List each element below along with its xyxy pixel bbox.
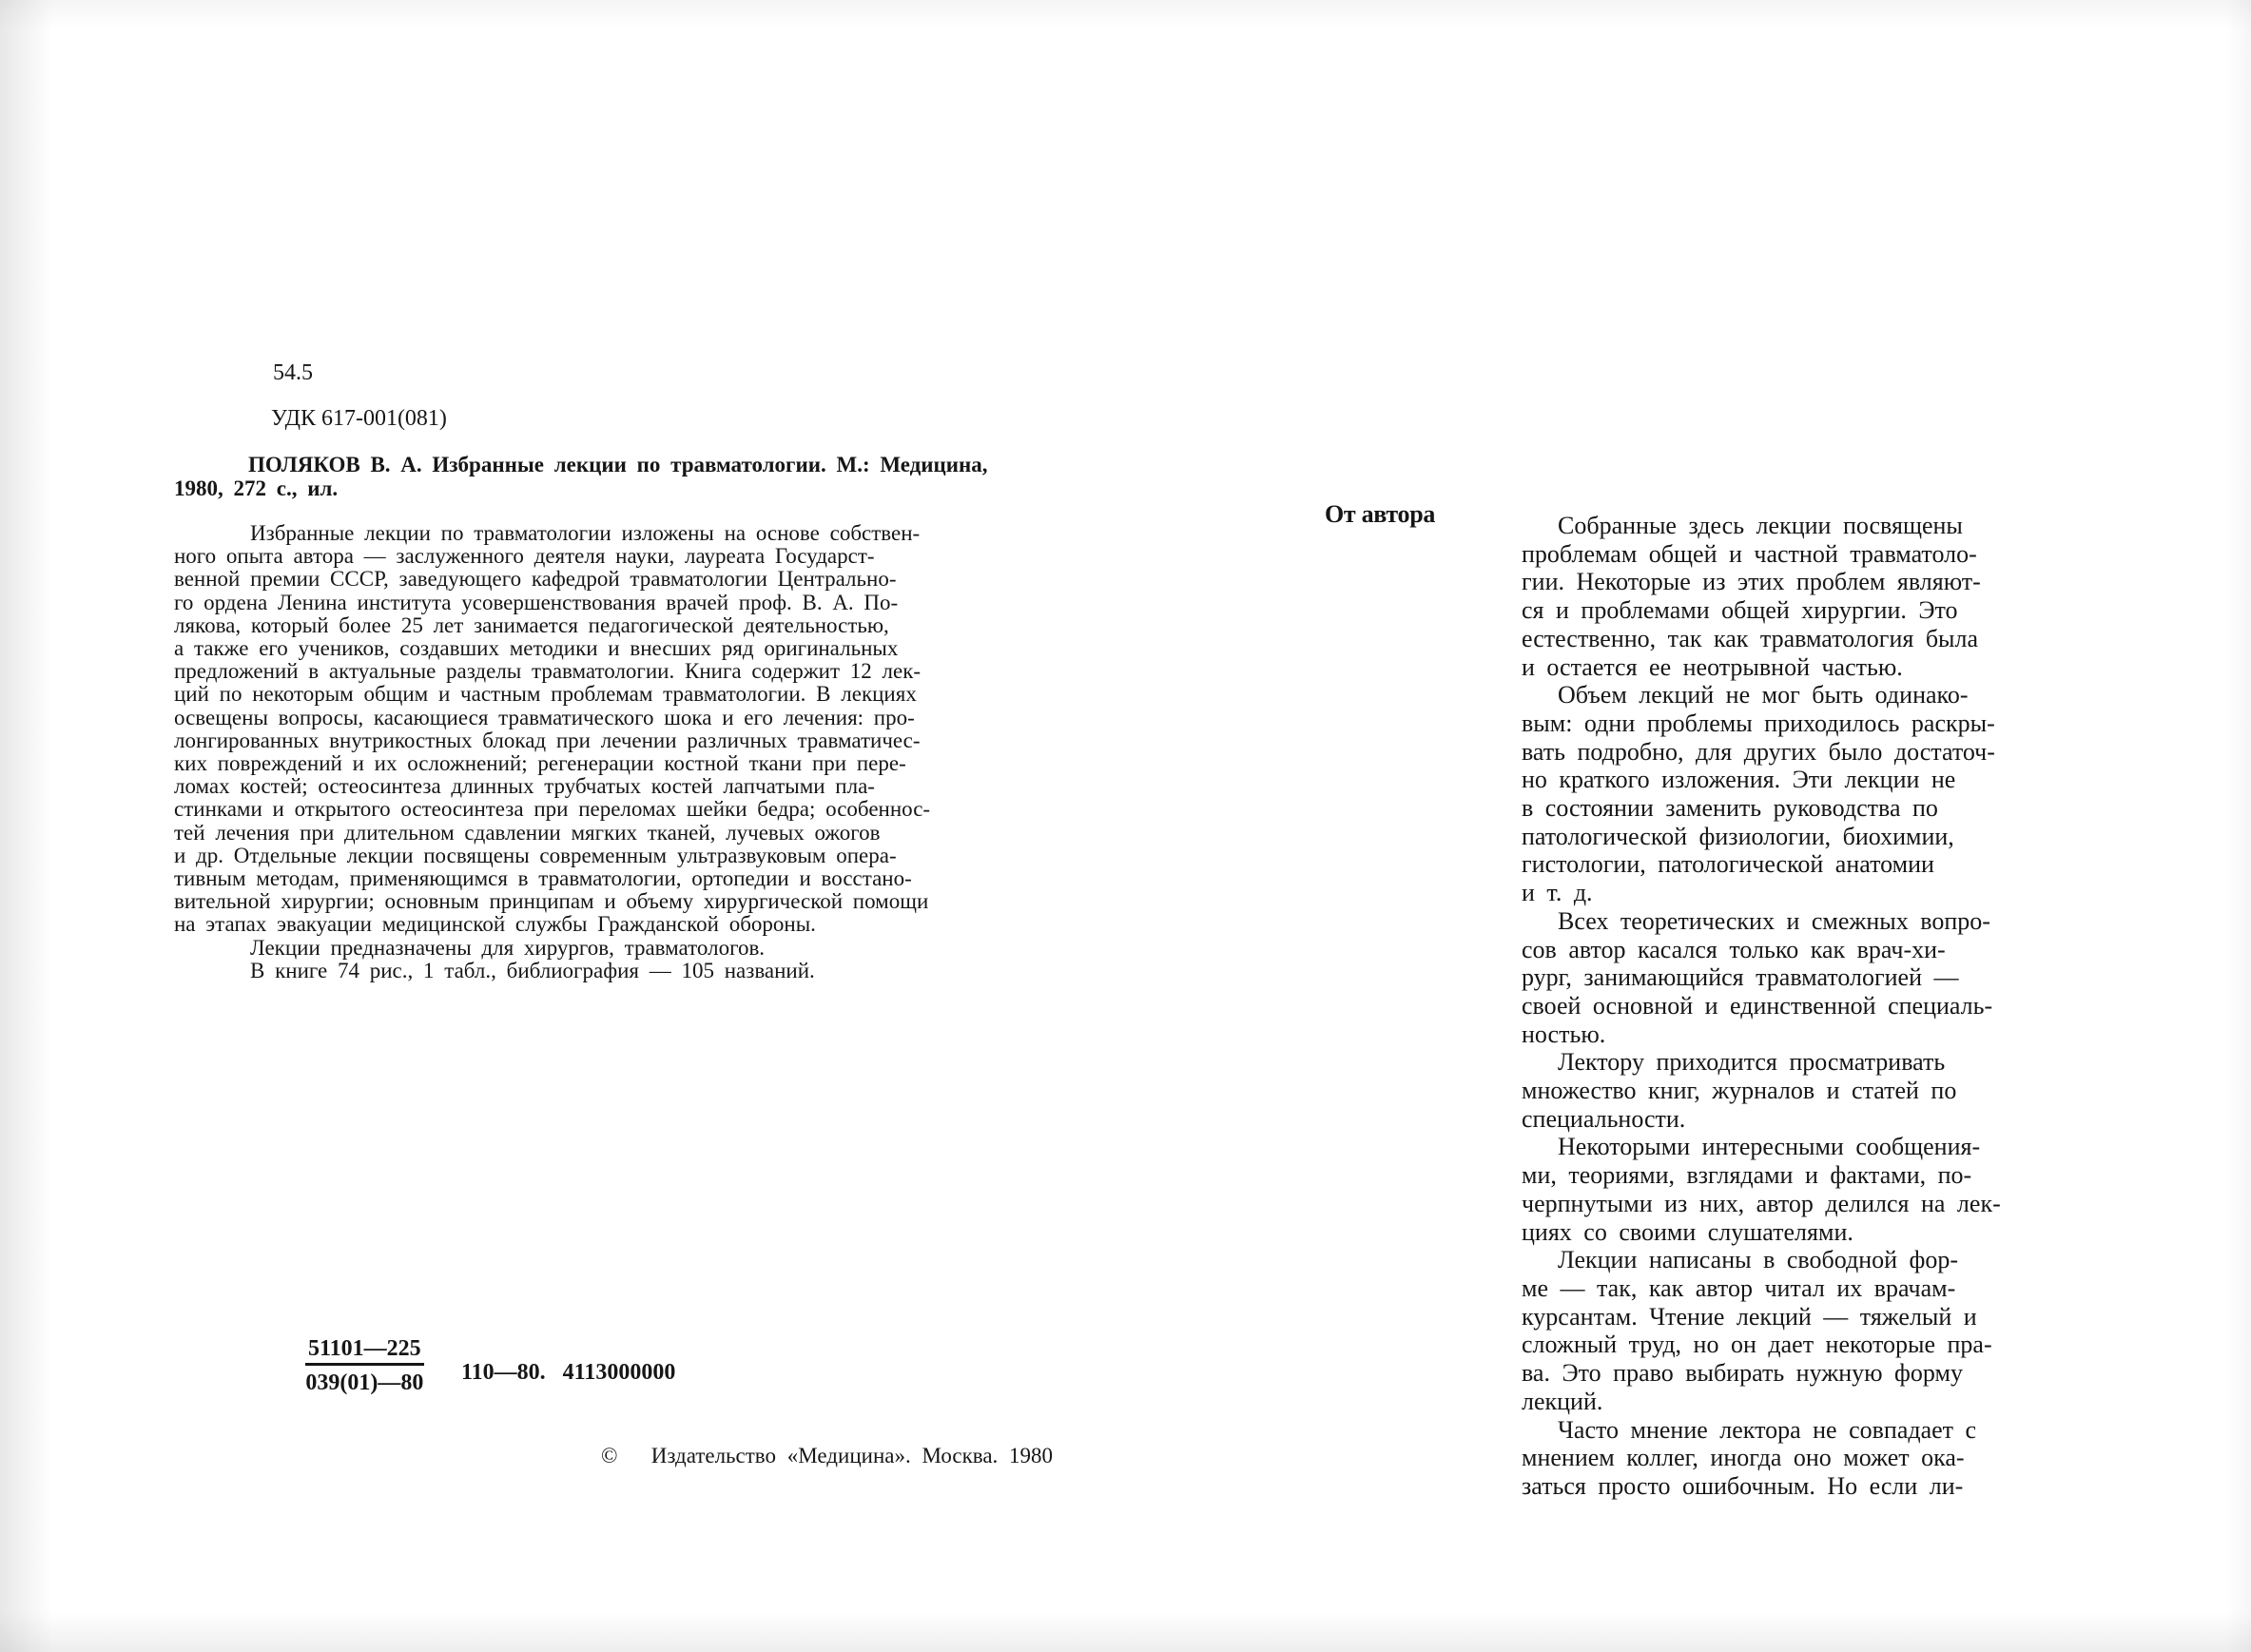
foreword-paragraph: Собранные здесь лекции посвящены проблем… (1522, 512, 2092, 681)
foreword-text-column: Собранные здесь лекции посвящены проблем… (1522, 512, 2092, 1501)
readership-note: Лекции предназначены для хирургов, травм… (174, 937, 1111, 960)
foreword-heading: От автора (1325, 500, 1435, 529)
foreword-paragraph: Всех теоретических и смежных вопро- сов … (1522, 907, 2092, 1049)
book-order-index: 51101—225 039(01)—80 (305, 1335, 424, 1396)
foreword-paragraph: Объем лекций не мог быть одинако- вым: о… (1522, 681, 2092, 907)
book-spread-scan: 54.5 УДК 617-001(081) ПОЛЯКОВ В. А. Избр… (0, 0, 2251, 1652)
udc-classification-index: УДК 617-001(081) (271, 406, 447, 431)
order-index-denominator: 039(01)—80 (305, 1366, 423, 1396)
print-code: 110—80. 4113000000 (461, 1360, 675, 1385)
foreword-paragraph: Лектору приходится просматривать множест… (1522, 1048, 2092, 1133)
foreword-paragraph: Лекции написаны в свободной фор- ме — та… (1522, 1246, 2092, 1415)
foreword-paragraph: Некоторыми интересными сообщения- ми, те… (1522, 1133, 2092, 1246)
bbk-classification-index: 54.5 (273, 360, 313, 385)
copyright-line: © Издательство «Медицина». Москва. 1980 (601, 1444, 1053, 1468)
foreword-paragraph: Часто мнение лектора не совпадает с мнен… (1522, 1416, 2092, 1501)
order-index-numerator: 51101—225 (305, 1335, 424, 1366)
annotation-block: Избранные лекции по травматологии изложе… (174, 522, 1111, 982)
annotation-text: Избранные лекции по травматологии изложе… (174, 522, 1111, 937)
contents-note: В книге 74 рис., 1 табл., библиография —… (174, 960, 1111, 982)
bibliographic-citation: ПОЛЯКОВ В. А. Избранные лекции по травма… (174, 453, 1111, 500)
